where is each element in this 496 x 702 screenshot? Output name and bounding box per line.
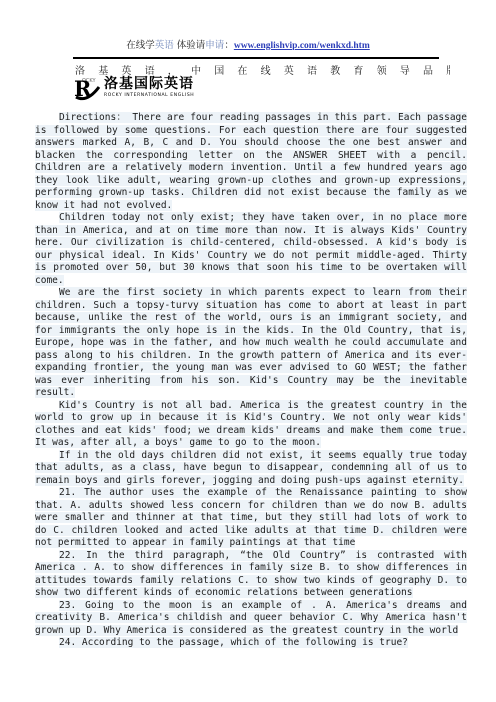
passage-paragraph: Children today not only exist; they have… (35, 212, 467, 287)
rocky-logo-en: ROCKY INTERNATIONAL ENGLISH (104, 93, 194, 98)
question-text: 21. The author uses the example of the R… (35, 487, 467, 548)
rocky-logo-cjk: 洛基国际英语 (104, 76, 194, 92)
question-text: 24. According to the passage, which of t… (59, 637, 408, 648)
promo-text-blue: 英语 (155, 40, 174, 51)
question-item-24: 24. According to the passage, which of t… (35, 637, 467, 650)
question-text: 23. Going to the moon is an example of .… (35, 600, 467, 636)
passage-paragraph: We are the first society in which parent… (35, 287, 467, 400)
promo-line: 在线学英语 体验请申请：www.englishvip.com/wenkxd.ht… (0, 37, 496, 51)
rocky-logo-text: 洛基国际英语 ROCKY INTERNATIONAL ENGLISH (104, 76, 194, 98)
promo-text-blue: 申请 (205, 40, 224, 51)
passage-paragraph: If in the old days children did not exis… (35, 450, 467, 488)
question-item-22: 22. In the third paragraph, “the Old Cou… (35, 550, 467, 600)
reading-content: Directions： There are four reading passa… (35, 112, 467, 650)
paragraph-text: Children today not only exist; they have… (35, 212, 467, 286)
paragraph-text: We are the first society in which parent… (35, 287, 467, 398)
question-text: 22. In the third paragraph, “the Old Cou… (35, 550, 467, 599)
paragraph-text: Directions： There are four reading passa… (35, 112, 467, 211)
header-divider (73, 57, 439, 59)
question-item-21: 21. The author uses the example of the R… (35, 487, 467, 550)
promo-text: 体验请 (174, 40, 206, 51)
paragraph-text: If in the old days children did not exis… (35, 450, 467, 486)
directions-paragraph: Directions： There are four reading passa… (35, 112, 467, 212)
promo-colon: ： (224, 40, 234, 51)
brand-slogan: 洛基英语，中国在线英语教育领导品牌 (75, 62, 450, 77)
rocky-logo-icon: OCKY R (74, 76, 101, 102)
rocky-logo: OCKY R 洛基国际英语 ROCKY INTERNATIONAL ENGLIS… (74, 76, 194, 102)
promo-text: 在线学 (126, 40, 155, 51)
paragraph-text: Kid's Country is not all bad. America is… (35, 400, 467, 449)
document-page: 在线学英语 体验请申请：www.englishvip.com/wenkxd.ht… (0, 0, 496, 702)
promo-link[interactable]: www.englishvip.com/wenkxd.htm (234, 41, 370, 51)
question-item-23: 23. Going to the moon is an example of .… (35, 600, 467, 638)
passage-paragraph: Kid's Country is not all bad. America is… (35, 400, 467, 450)
